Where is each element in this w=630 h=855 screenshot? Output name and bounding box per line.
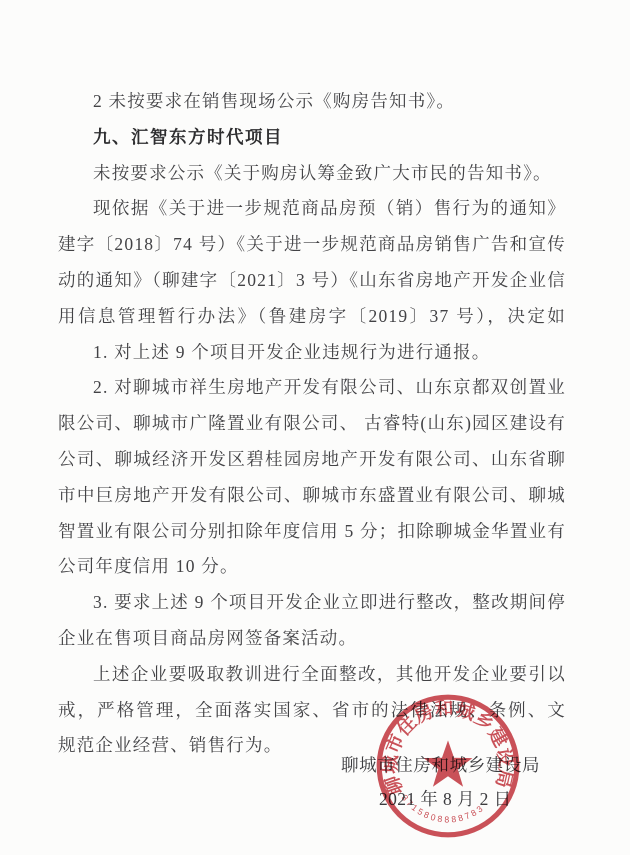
- section-heading: 九、汇智东方时代项目: [58, 120, 566, 156]
- seal-code-text: 3715808888783: [400, 793, 487, 825]
- document-line: 未按要求公示《关于购房认筹金致广大市民的告知书》。: [58, 156, 566, 192]
- document-line: 现依据《关于进一步规范商品房预（销）售行为的通知》（聊: [58, 191, 566, 227]
- document-body: 2 未按要求在销售现场公示《购房告知书》。九、汇智东方时代项目未按要求公示《关于…: [58, 84, 566, 764]
- official-seal: 聊城市住房和城乡建设局 3715808888783: [371, 689, 525, 843]
- seal-star-icon: [424, 740, 473, 786]
- document-line: 2 未按要求在销售现场公示《购房告知书》。: [58, 84, 566, 120]
- document-line: 公司年度信用 10 分。: [58, 549, 566, 585]
- document-line: 限公司、聊城市广隆置业有限公司、 古睿特(山东)园区建设有限: [58, 406, 566, 442]
- document-line: 用信息管理暂行办法》（鲁建房字〔2019〕37 号），决定如下：: [58, 299, 566, 335]
- document-line: 上述企业要吸取教训进行全面整改，其他开发企业要引以为: [58, 657, 566, 693]
- svg-text:3715808888783: 3715808888783: [400, 793, 487, 825]
- scanned-document-page: 2 未按要求在销售现场公示《购房告知书》。九、汇智东方时代项目未按要求公示《关于…: [0, 0, 630, 855]
- document-line: 建字〔2018〕74 号）《关于进一步规范商品房销售广告和宣传活: [58, 227, 566, 263]
- document-line: 1. 对上述 9 个项目开发企业违规行为进行通报。: [58, 335, 566, 371]
- document-line: 动的通知》（聊建字〔2021〕3 号）《山东省房地产开发企业信: [58, 263, 566, 299]
- official-seal-graphic: 聊城市住房和城乡建设局 3715808888783: [371, 689, 525, 843]
- document-line: 3. 要求上述 9 个项目开发企业立即进行整改，整改期间停止: [58, 585, 566, 621]
- document-line: 市中巨房地产开发有限公司、聊城市东盛置业有限公司、聊城汇: [58, 478, 566, 514]
- document-line: 智置业有限公司分别扣除年度信用 5 分；扣除聊城金华置业有限: [58, 514, 566, 550]
- document-line: 公司、聊城经济开发区碧桂园房地产开发有限公司、山东省聊城: [58, 442, 566, 478]
- document-line: 2. 对聊城市祥生房地产开发有限公司、山东京都双创置业有: [58, 370, 566, 406]
- document-line: 企业在售项目商品房网签备案活动。: [58, 621, 566, 657]
